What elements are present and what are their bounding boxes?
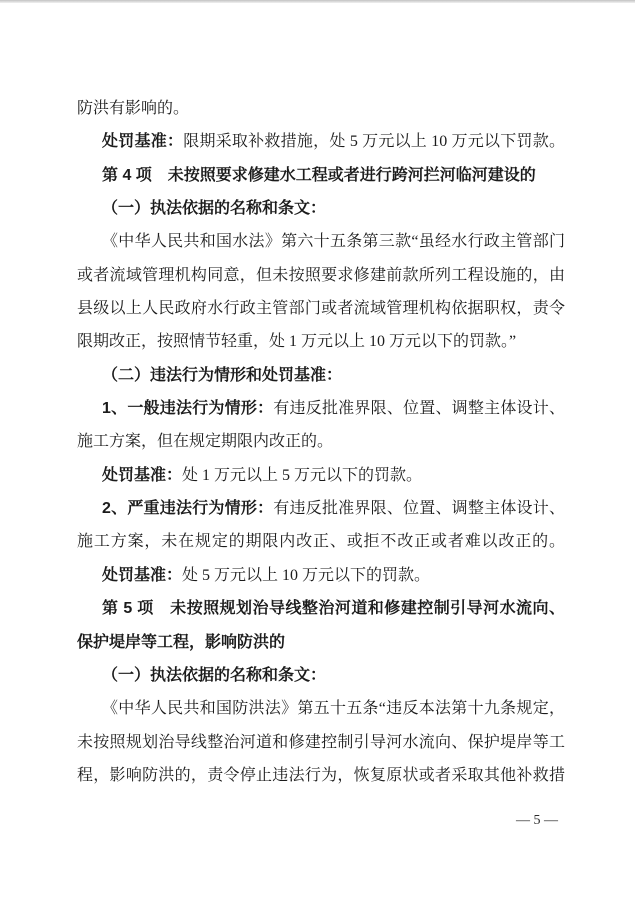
text-line: 或者流域管理机构同意，但未按照要求修建前款所列工程设施的，由 <box>77 259 565 292</box>
heading-text: 保护堤岸等工程，影响防洪的 <box>77 634 285 651</box>
line-text: 处 1 万元以上 5 万元以下的罚款。 <box>182 467 422 484</box>
line-text: 或者流域管理机构同意，但未按照要求修建前款所列工程设施的，由 <box>77 267 565 284</box>
item-5-heading-continued: 保护堤岸等工程，影响防洪的 <box>77 626 565 659</box>
line-text: 有违反批准界限、位置、调整主体设计、 <box>273 400 565 417</box>
text-line: 1、一般违法行为情形：有违反批准界限、位置、调整主体设计、 <box>77 392 565 425</box>
page-top-scan-edge <box>0 0 635 3</box>
line-text: 施工方案，但在规定期限内改正的。 <box>77 433 333 450</box>
item-5-heading: 第 5 项 未按照规划治导线整治河道和修建控制引导河水流向、 <box>77 592 565 625</box>
text-line: 2、严重违法行为情形：有违反批准界限、位置、调整主体设计、 <box>77 492 565 525</box>
heading-text: （二）违法行为情形和处罚基准： <box>102 367 342 384</box>
line-text: 程，影响防洪的，责令停止违法行为，恢复原状或者采取其他补救措 <box>77 767 565 784</box>
general-violation-label: 1、一般违法行为情形： <box>102 400 273 417</box>
document-body: 防洪有影响的。 处罚基准：限期采取补救措施，处 5 万元以上 10 万元以下罚款… <box>77 92 565 792</box>
line-text: 未按照规划治导线整治河道和修建控制引导河水流向、保护堤岸等工 <box>77 734 565 751</box>
section-1-heading: （一）执法依据的名称和条文： <box>77 192 565 225</box>
text-line: 限期改正，按照情节轻重，处 1 万元以上 10 万元以下的罚款。” <box>77 325 565 358</box>
page-number: — 5 — <box>77 810 558 832</box>
text-line: 程，影响防洪的，责令停止违法行为，恢复原状或者采取其他补救措 <box>77 759 565 792</box>
text-line: 《中华人民共和国防洪法》第五十五条“违反本法第十九条规定， <box>77 692 565 725</box>
text-line: 处罚基准：处 1 万元以上 5 万元以下的罚款。 <box>77 459 565 492</box>
heading-text: （一）执法依据的名称和条文： <box>102 200 326 217</box>
line-text: 限期改正，按照情节轻重，处 1 万元以上 10 万元以下的罚款。” <box>77 333 516 350</box>
text-line: 未按照规划治导线整治河道和修建控制引导河水流向、保护堤岸等工 <box>77 726 565 759</box>
penalty-basis-label: 处罚基准： <box>102 567 182 584</box>
penalty-basis-label: 处罚基准： <box>102 133 183 150</box>
text-line: 处罚基准：限期采取补救措施，处 5 万元以上 10 万元以下罚款。 <box>77 125 565 158</box>
line-text: 《中华人民共和国防洪法》第五十五条“违反本法第十九条规定， <box>102 700 565 717</box>
text-line: 施工方案，但在规定期限内改正的。 <box>77 425 565 458</box>
line-text: 防洪有影响的。 <box>77 100 189 117</box>
line-text: 《中华人民共和国水法》第六十五条第三款“虽经水行政主管部门 <box>102 233 565 250</box>
line-text: 县级以上人民政府水行政主管部门或者流域管理机构依据职权，责令 <box>77 300 565 317</box>
text-line: 施工方案，未在规定的期限内改正、或拒不改正或者难以改正的。 <box>77 525 565 558</box>
text-line: 防洪有影响的。 <box>77 92 565 125</box>
line-text: 有违反批准界限、位置、调整主体设计、 <box>273 500 565 517</box>
heading-text: （一）执法依据的名称和条文： <box>102 667 326 684</box>
line-text: 限期采取补救措施，处 5 万元以上 10 万元以下罚款。 <box>183 133 565 150</box>
heading-text: 第 4 项 未按照要求修建水工程或者进行跨河拦河临河建设的 <box>102 167 536 184</box>
section-1-heading: （一）执法依据的名称和条文： <box>77 659 565 692</box>
line-text: 处 5 万元以上 10 万元以下的罚款。 <box>182 567 430 584</box>
text-line: 《中华人民共和国水法》第六十五条第三款“虽经水行政主管部门 <box>77 225 565 258</box>
text-line: 处罚基准：处 5 万元以上 10 万元以下的罚款。 <box>77 559 565 592</box>
serious-violation-label: 2、严重违法行为情形： <box>102 500 273 517</box>
line-text: 施工方案，未在规定的期限内改正、或拒不改正或者难以改正的。 <box>77 533 565 550</box>
text-line: 县级以上人民政府水行政主管部门或者流域管理机构依据职权，责令 <box>77 292 565 325</box>
section-2-heading: （二）违法行为情形和处罚基准： <box>77 359 565 392</box>
item-4-heading: 第 4 项 未按照要求修建水工程或者进行跨河拦河临河建设的 <box>77 159 565 192</box>
heading-text: 第 5 项 未按照规划治导线整治河道和修建控制引导河水流向、 <box>102 600 565 617</box>
penalty-basis-label: 处罚基准： <box>102 467 182 484</box>
